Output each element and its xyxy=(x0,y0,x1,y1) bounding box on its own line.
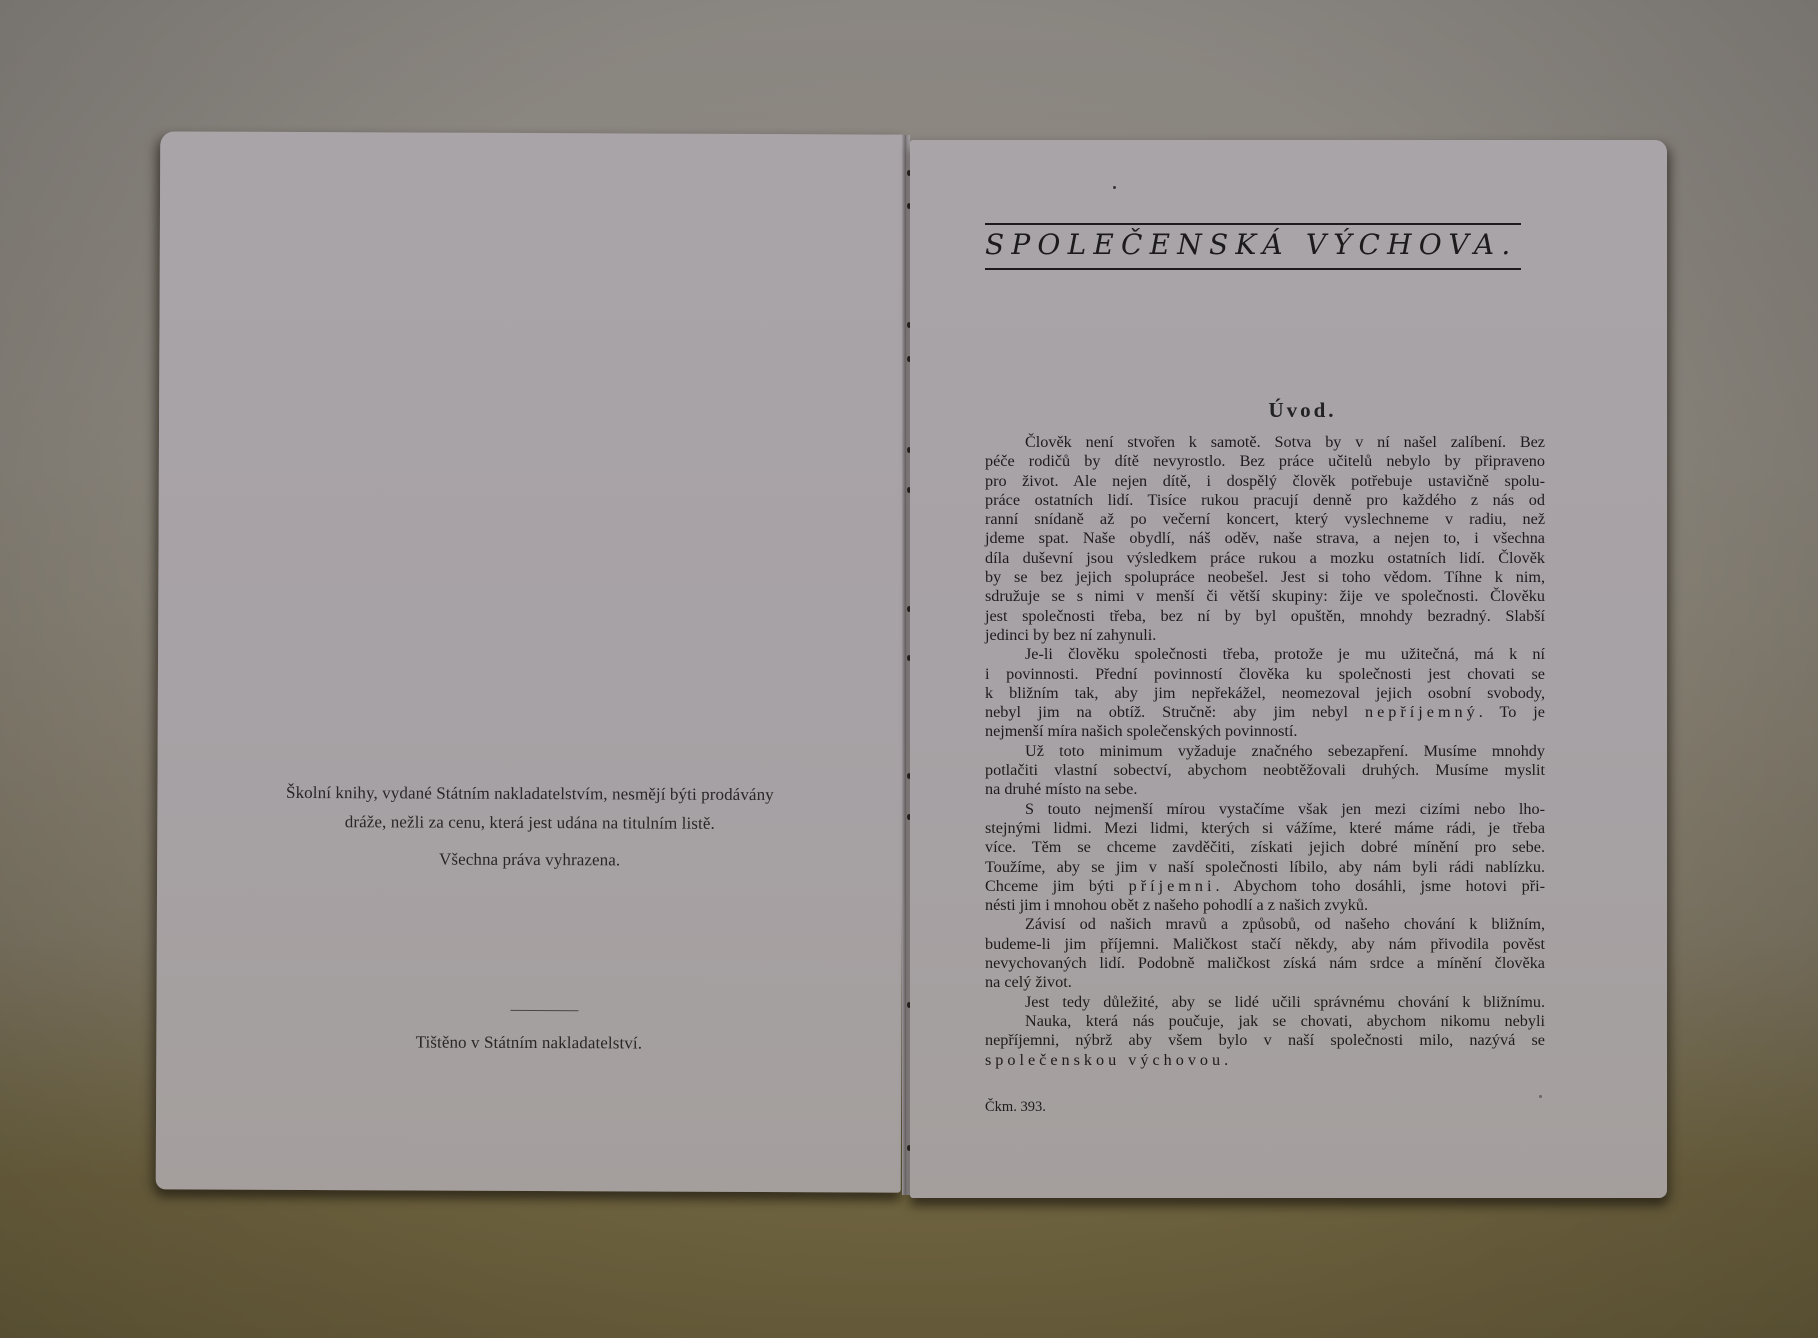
page-title: SPOLEČENSKÁ VÝCHOVA. xyxy=(985,228,1525,261)
imprint-rights: Všechna práva vyhrazena. xyxy=(157,848,902,871)
text-line: práce ostatních lidí. Tisíce rukou pracu… xyxy=(985,491,1545,510)
text-line: Jest tedy důležité, aby se lidé učili sp… xyxy=(985,993,1545,1012)
signature-mark: Čkm. 393. xyxy=(985,1099,1046,1116)
text-line: S touto nejmenší mírou vystačíme však je… xyxy=(985,800,1545,819)
text-line: díla duševní jsou výsledkem práce rukou … xyxy=(985,549,1545,568)
imprint-printer: Tištěno v Státním nakladatelství. xyxy=(156,1031,901,1054)
text-line: jdeme spat. Naše obydlí, náš oděv, naše … xyxy=(985,529,1545,548)
ink-speck xyxy=(1113,186,1116,189)
text-line: sdružuje se s nimi v menší či větší skup… xyxy=(985,587,1545,606)
imprint-divider xyxy=(510,1010,578,1011)
text-line: více. Těm se chceme zavděčiti, získati j… xyxy=(985,838,1545,857)
emphasis-spaced: nepříjemný xyxy=(1365,703,1479,721)
text-line: Je-li člověku společnosti třeba, protože… xyxy=(985,645,1545,664)
text-line: nésti jim i mnohou obět z našeho pohodlí… xyxy=(985,896,1545,915)
text-line: Toužíme, aby se jim v naší společnosti l… xyxy=(985,858,1545,877)
text-line: společenskou výchovou. xyxy=(985,1051,1545,1070)
left-page: Školní knihy, vydané Státním nakladatels… xyxy=(156,131,906,1192)
emphasis-spaced: společenskou výchovou. xyxy=(985,1051,1232,1069)
text-line: Závisí od našich mravů a způsobů, od naš… xyxy=(985,915,1545,934)
text-line: Chceme jim býti příjemni. Abychom toho d… xyxy=(985,877,1545,896)
emphasis-spaced: příjemni xyxy=(1129,877,1216,895)
text-line: by se bez jejich spolupráce neobešel. Je… xyxy=(985,568,1545,587)
text-line: nebyl jim na obtíž. Stručně: aby jim neb… xyxy=(985,703,1545,722)
imprint-notice-line-1: Školní knihy, vydané Státním nakladatels… xyxy=(157,782,902,805)
text-line: stejnými lidmi. Mezi lidmi, kterých si v… xyxy=(985,819,1545,838)
right-page: SPOLEČENSKÁ VÝCHOVA. Úvod. Člověk není s… xyxy=(910,140,1667,1198)
body-text: Člověk není stvořen k samotě. Sotva by v… xyxy=(985,433,1545,1070)
text-line: i povinnosti. Přední povinností člověka … xyxy=(985,665,1545,684)
ink-speck xyxy=(1539,1095,1542,1098)
text-line: Člověk není stvořen k samotě. Sotva by v… xyxy=(985,433,1545,452)
text-line: potlačiti vlastní sobectví, abychom neob… xyxy=(985,761,1545,780)
text-line: na druhé místo na sebe. xyxy=(985,780,1545,799)
text-line: péče rodičů by dítě nevyrostlo. Bez prác… xyxy=(985,452,1545,471)
title-rule-top xyxy=(985,223,1521,225)
text-line: pro život. Ale nejen dítě, i dospělý člo… xyxy=(985,472,1545,491)
section-heading: Úvod. xyxy=(910,398,1667,423)
text-line: jest společnosti třeba, bez ní by byl op… xyxy=(985,607,1545,626)
text-line: nevychovaných lidí. Podobně maličkost zí… xyxy=(985,954,1545,973)
text-line: ranní snídaně až po večerní koncert, kte… xyxy=(985,510,1545,529)
title-rule-bottom xyxy=(985,268,1521,270)
text-line: k bližním tak, aby jim nepřekážel, neome… xyxy=(985,684,1545,703)
text-line: Už toto minimum vyžaduje značného sebeza… xyxy=(985,742,1545,761)
book-spine xyxy=(902,135,910,1195)
text-line: nejmenší míra našich společenských povin… xyxy=(985,722,1545,741)
text-line: jedinci by bez ní zahynuli. xyxy=(985,626,1545,645)
text-line: Nauka, která nás poučuje, jak se chovati… xyxy=(985,1012,1545,1031)
text-line: nepříjemni, nýbrž aby všem bylo v naší s… xyxy=(985,1031,1545,1050)
imprint-notice-line-2: dráže, nežli za cenu, která jest udána n… xyxy=(157,811,902,834)
text-line: na celý život. xyxy=(985,973,1545,992)
text-line: budeme-li jim příjemni. Maličkost stačí … xyxy=(985,935,1545,954)
